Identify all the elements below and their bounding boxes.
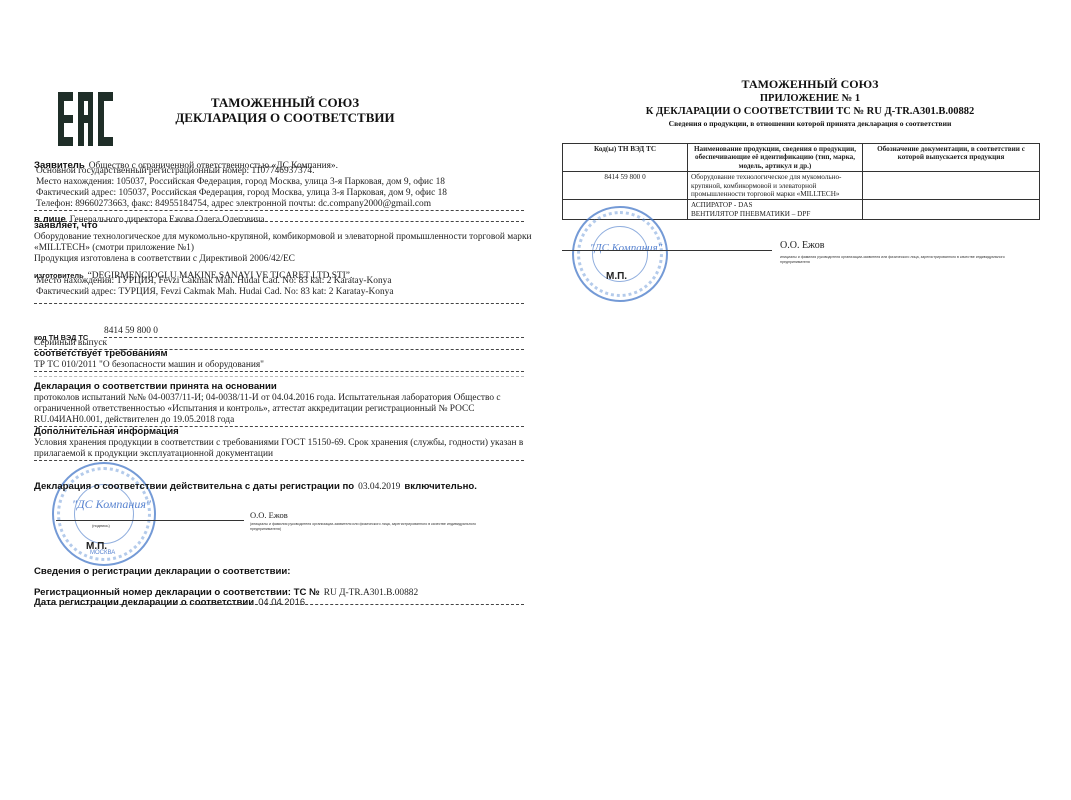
table-cell-product: АСПИРАТОР - DAS ВЕНТИЛЯТОР ПНЕВМАТИКИ – … bbox=[688, 200, 863, 220]
divider bbox=[104, 337, 524, 338]
additional-line-1: Условия хранения продукции в соответстви… bbox=[34, 438, 523, 449]
registration-date-value: 04.04.2016 bbox=[258, 596, 305, 607]
column-header-documentation: Обозначение документации, в соответствии… bbox=[863, 144, 1040, 172]
additional-line-2: прилагаемой к продукции эксплуатационной… bbox=[34, 449, 273, 460]
signer-caption: (инициалы и фамилия руководителя организ… bbox=[250, 522, 490, 531]
divider bbox=[34, 371, 524, 372]
registration-date-label: Дата регистрации декларации о соответств… bbox=[34, 597, 254, 608]
manufacturer-actual-address: Фактический адрес: ТУРЦИЯ, Fevzi Cakmak … bbox=[36, 287, 394, 298]
stamp-text: "ДС Компания" bbox=[72, 497, 151, 512]
signature-caption: (подпись) bbox=[92, 523, 110, 528]
eac-logo bbox=[58, 92, 116, 146]
annex-subtitle: Сведения о продукции, в отношении которо… bbox=[580, 119, 1040, 129]
conforms-label: соответствует требованиям bbox=[34, 348, 168, 359]
applicant-ogrn: Основной государственный регистрационный… bbox=[36, 166, 314, 177]
validity-prefix: Декларация о соответствии действительна … bbox=[34, 481, 354, 492]
declaration-page: ТАМОЖЕННЫЙ СОЮЗ ДЕКЛАРАЦИЯ О СООТВЕТСТВИ… bbox=[0, 0, 540, 800]
table-row: 8414 59 800 0 Оборудование технологическ… bbox=[563, 172, 1040, 200]
registration-heading: Сведения о регистрации декларации о соот… bbox=[34, 566, 290, 577]
annex-title: ТАМОЖЕННЫЙ СОЮЗ ПРИЛОЖЕНИЕ № 1 К ДЕКЛАРА… bbox=[580, 78, 1040, 129]
company-stamp: "ДС Компания" bbox=[572, 206, 668, 302]
signature-line bbox=[562, 250, 772, 251]
divider bbox=[34, 376, 524, 377]
signature-line bbox=[56, 520, 244, 521]
divider bbox=[34, 221, 524, 222]
declares-label: заявляет, что bbox=[34, 220, 98, 231]
column-header-code: Код(ы) ТН ВЭД ТС bbox=[563, 144, 688, 172]
basis-line-2: ограниченной ответственностью «Испытания… bbox=[34, 404, 474, 415]
signer-name: О.О. Ежов bbox=[250, 510, 288, 521]
manufacturer-location: Место нахождения: ТУРЦИЯ, Fevzi Cakmak M… bbox=[36, 276, 392, 287]
title-line-1: ТАМОЖЕННЫЙ СОЮЗ bbox=[150, 95, 420, 110]
product-directive: Продукция изготовлена в соответствии с Д… bbox=[34, 254, 295, 265]
table-header-row: Код(ы) ТН ВЭД ТС Наименование продукции,… bbox=[563, 144, 1040, 172]
product-description: Оборудование технологическое для мукомол… bbox=[34, 232, 532, 243]
validity-row: Декларация о соответствии действительна … bbox=[34, 476, 477, 494]
validity-suffix: включительно. bbox=[404, 481, 477, 492]
registration-number-value: RU Д-TR.A301.B.00882 bbox=[324, 588, 418, 598]
divider bbox=[34, 460, 524, 461]
table-cell-documentation bbox=[863, 172, 1040, 200]
stamp-place-label: М.П. bbox=[606, 271, 627, 282]
page-title: ТАМОЖЕННЫЙ СОЮЗ ДЕКЛАРАЦИЯ О СООТВЕТСТВИ… bbox=[150, 95, 420, 125]
stamp-place-label: М.П. bbox=[86, 541, 107, 552]
basis-line-1: протоколов испытаний №№ 04-0037/11-И; 04… bbox=[34, 393, 501, 404]
applicant-location: Место нахождения: 105037, Российская Фед… bbox=[36, 177, 445, 188]
basis-line-3: RU.04ИАН0.001, действителен до 19.05.201… bbox=[34, 415, 234, 426]
additional-label: Дополнительная информация bbox=[34, 426, 179, 437]
table-cell-documentation bbox=[863, 200, 1040, 220]
represented-by: Генерального директора Ежова Олега Олего… bbox=[70, 215, 265, 225]
divider bbox=[34, 604, 524, 605]
table-cell-product: Оборудование технологическое для мукомол… bbox=[688, 172, 863, 200]
column-header-product: Наименование продукции, сведения о проду… bbox=[688, 144, 863, 172]
tn-ved-value: 8414 59 800 0 bbox=[104, 326, 158, 337]
title-line-2: ДЕКЛАРАЦИЯ О СООТВЕТСТВИИ bbox=[150, 110, 420, 125]
basis-label: Декларация о соответствии принята на осн… bbox=[34, 381, 277, 392]
annex-page: ТАМОЖЕННЫЙ СОЮЗ ПРИЛОЖЕНИЕ № 1 К ДЕКЛАРА… bbox=[540, 0, 1071, 800]
validity-date: 03.04.2019 bbox=[358, 482, 400, 492]
annex-title-line-2: ПРИЛОЖЕНИЕ № 1 bbox=[580, 92, 1040, 106]
divider bbox=[34, 303, 524, 304]
signer-caption: инициалы и фамилия руководителя организа… bbox=[780, 255, 1030, 264]
signer-name: О.О. Ежов bbox=[780, 240, 824, 251]
annex-title-line-1: ТАМОЖЕННЫЙ СОЮЗ bbox=[580, 78, 1040, 92]
applicant-actual-address: Фактический адрес: 105037, Российская Фе… bbox=[36, 188, 447, 199]
table-cell-code: 8414 59 800 0 bbox=[563, 172, 688, 200]
product-brand: «MILLTECH» (смотри приложение №1) bbox=[34, 243, 194, 254]
registration-date-row: Дата регистрации декларации о соответств… bbox=[34, 592, 305, 610]
stamp-text: "ДС Компания" bbox=[590, 242, 662, 254]
conforms-value: ТР ТС 010/2011 "О безопасности машин и о… bbox=[34, 360, 264, 371]
annex-title-line-3: К ДЕКЛАРАЦИИ О СООТВЕТСТВИИ ТС № RU Д-TR… bbox=[580, 105, 1040, 119]
